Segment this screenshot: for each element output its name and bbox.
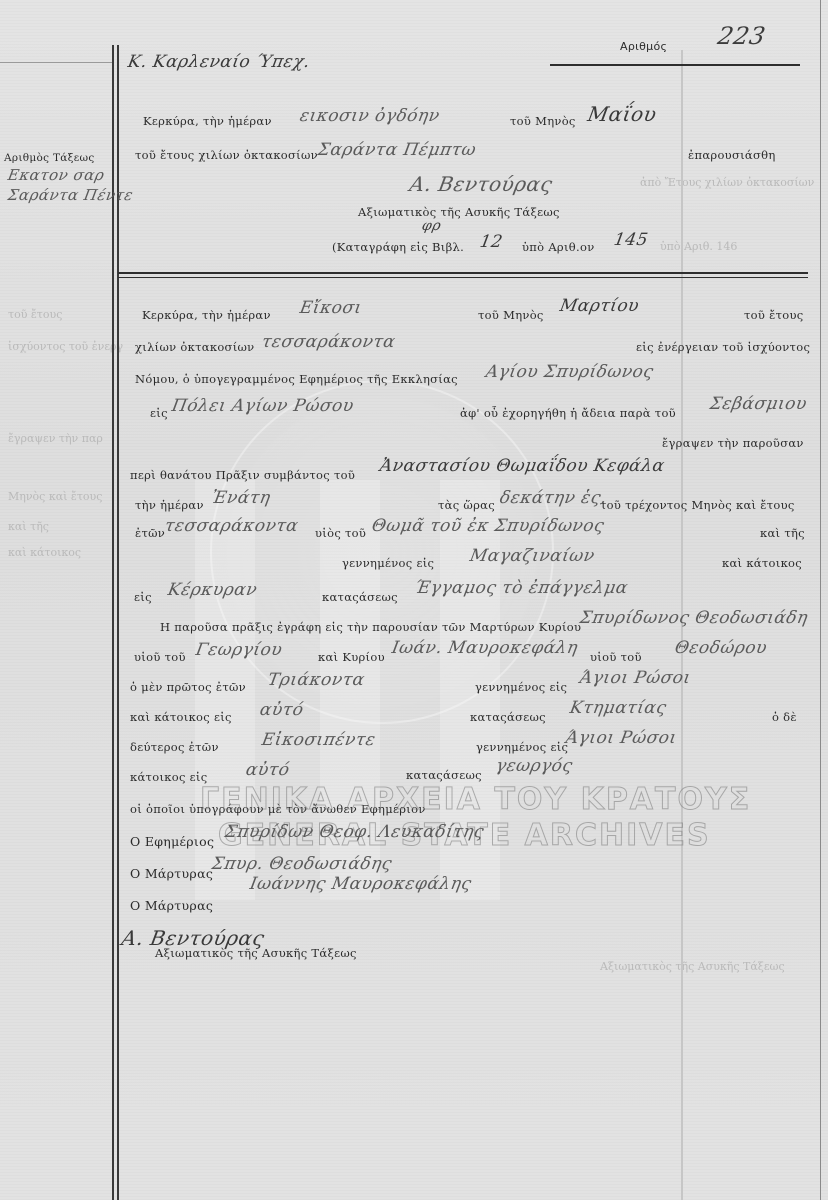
archive-watermark-greek: ΓΕΝΙΚΑ ΑΡΧΕΙΑ ΤΟΥ ΚΡΑΤΟΥΣ [200,782,751,817]
margin-order-label: Αριθμὸς Τάξεως [4,152,95,164]
signature-role-witness-2: Ο Μάρτυρας [130,898,213,913]
body-line-15-age: Εἰκοσιπέντε [260,730,377,750]
registration-number: 145 [612,230,649,250]
body-officer-title: Αξιωματικὸς τῆς Ασυκῆς Τάξεως [155,946,357,960]
body-line-8-printed: ἐτῶν [135,526,165,540]
bleed-through-text: ἔγραψεν τὴν παρ [8,432,103,445]
body-line-5-printed: ἔγραψεν τὴν παροῦσαν [662,436,804,450]
body-line-1-month-label: τοῦ Μηνὸς [478,308,544,322]
margin-order-value-line1: Εκατον σαρ [6,166,106,184]
header-day-value: εικοσιν ὀγδόην [298,106,441,126]
registration-book-number: 12 [478,232,504,252]
bleed-through-text: καὶ τῆς [8,520,49,533]
bleed-through-text: ὑπὸ Αριθ. 146 [660,240,737,253]
body-line-7-hour-label: τὰς ὥρας [438,498,495,512]
signature-witness-1: Σπυρ. Θεοδωσιάδης [210,854,393,874]
body-line-13-printed: ὁ μὲν πρῶτος ἐτῶν [130,680,246,694]
bleed-through-text: ἀπὸ Ἔτους χιλίων ὀκτακοσίων [640,176,814,189]
body-line-8-father: Θωμᾶ τοῦ ἐκ Σπυρίδωνος [370,516,606,536]
body-line-6-deceased: Ἀναστασίου Θωμαΐδου Κεφάλα [378,456,666,476]
body-line-4-place: Πόλει Αγίων Ρώσου [170,396,355,416]
header-presented-label: ἐπαρουσιάσθη [688,148,776,162]
registration-number-label: ὑπὸ Αριθ.ον [522,240,595,254]
header-officer-title: Αξιωματικὸς τῆς Ασυκῆς Τάξεως [358,205,560,219]
body-line-12-witness2-father: Θεοδώρου [673,638,768,658]
section-divider [118,272,808,274]
body-line-2-printed: χιλίων ὀκτακοσίων [135,340,254,354]
signature-priest: Σπυρίδων Θεοφ. Λευκαδίτης [223,822,485,842]
body-line-1-year-label: τοῦ ἔτους [744,308,804,322]
bleed-through-text: τοῦ ἔτους [8,308,62,321]
body-line-6-printed: περὶ θανάτου Πρᾶξιν συμβάντος τοῦ [130,468,355,482]
body-line-16-residence: αὐτό [244,760,291,780]
right-edge-rule [820,0,821,1200]
body-line-4-authority: Σεβάσμιου [708,394,808,414]
body-line-7-current: τοῦ τρέχοντος Μηνὸς καὶ ἔτους [600,498,795,512]
scanned-document-page: ἀπὸ Ἔτους χιλίων ὀκτακοσίων ὑπὸ Αριθ. 14… [0,0,828,1200]
body-line-10-status-label: καταςάσεως [322,590,398,604]
body-line-9-born-label: γεννημένος εἰς [342,556,434,570]
bleed-through-text: ἰσχύοντος τοῦ ἐνεργ [8,340,123,353]
body-line-12-and-mr: καὶ Κυρίου [318,650,385,664]
left-double-rule [112,45,114,1200]
body-line-9-resident: καὶ κάτοικος [722,556,802,570]
initial-mark: φρ [421,218,443,234]
body-line-12-son-of: υἱοῦ τοῦ [590,650,642,664]
body-line-16-status: γεωργός [494,756,574,776]
header-year-value: Σαράντα Πέμπτω [316,140,478,160]
body-line-11-printed: Η παροῦσα πρᾶξις ἐγράφη εἰς τὴν παρουσία… [160,620,581,634]
body-line-1-month: Μαρτίου [558,296,641,316]
body-line-8-age: τεσσαράκοντα [163,516,300,536]
body-line-15-printed: δεύτερος ἐτῶν [130,740,219,754]
body-line-3-church: Αγίου Σπυρίδωνος [484,362,655,382]
body-line-14-other: ὁ δὲ [772,710,797,724]
body-line-13-born-label: γεννημένος εἰς [475,680,567,694]
bleed-through-text: Μηνὸς καὶ ἔτους [8,490,102,503]
body-line-1-printed: Κερκύρα, τὴν ἡμέραν [142,308,271,322]
margin-order-value-line2: Σαράντα Πέντε [6,186,134,204]
signature-witness-2: Ιωάννης Μαυροκεφάλης [248,874,473,894]
body-line-7-printed: τὴν ἡμέραν [135,498,204,512]
record-number: 223 [716,22,768,50]
left-double-rule [117,45,119,1200]
body-line-14-status-label: καταςάσεως [470,710,546,724]
body-line-10-printed: εἰς [134,590,152,604]
body-line-8-son-of: υἱὸς τοῦ [315,526,366,540]
body-line-2-year: τεσσαράκοντα [260,332,397,352]
number-underline [550,64,800,66]
body-line-8-and: καὶ τῆς [760,526,805,540]
body-line-10-status: Έγγαμος τὸ ἐπάγγελμα [413,578,629,598]
body-line-13-age: Τριάκοντα [266,670,366,690]
header-officer-signature: Α. Βεντούρας [408,172,555,196]
body-line-14-status: Κτηματίας [568,698,668,718]
body-line-12-witness2: Ιωάν. Μαυροκεφάλη [390,638,579,658]
body-line-9-birthplace: Μαγαζιναίων [468,546,596,566]
body-line-7-hour: δεκάτην ἑς. [498,488,608,508]
header-month-value: Μαΐου [586,102,659,126]
signature-role-witness-1: Ο Μάρτυρας [130,866,213,881]
body-line-16-printed: κάτοικος εἰς [130,770,207,784]
body-line-4-printed: εἰς [150,406,168,420]
body-line-14-residence: αὐτό [258,700,305,720]
body-line-2-law: εἰς ἐνέργειαν τοῦ ἰσχύοντος [636,340,810,354]
body-line-12-witness1-father: Γεωργίου [194,640,284,660]
body-line-3-printed: Νόμου, ὁ ὑπογεγραμμένος Εφημέριος τῆς Εκ… [135,372,458,386]
bleed-through-text: Αξιωματικὸς τῆς Ασυκῆς Τάξεως [600,960,785,973]
record-number-label: Αριθμός [620,40,667,53]
body-line-14-printed: καὶ κάτοικος εἰς [130,710,232,724]
body-line-16-status-label: καταςάσεως [406,768,482,782]
registration-prefix: (Καταγράφη εἰς Βιβλ. [332,240,464,254]
body-line-7-day: Ἐνάτη [210,488,272,508]
body-line-15-birthplace: Άγιοι Ρώσοι [564,728,678,748]
signature-role-priest: Ο Εφημέριος [130,834,214,849]
bleed-through-text: καὶ κάτοικος [8,546,81,559]
margin-line [0,62,112,63]
body-line-13-birthplace: Άγιοι Ρώσοι [578,668,692,688]
handwritten-title: Κ. Καρλεναίο Ύπεχ. [126,52,311,72]
body-line-1-day: Εἴκοσι [298,298,363,318]
body-line-4-permit: ἀφ' οὗ ἐχορηγήθη ἡ ἄδεια παρὰ τοῦ [460,406,676,420]
body-line-12-printed: υἱοῦ τοῦ [134,650,186,664]
header-line2-prefix: τοῦ ἔτους χιλίων ὀκτακοσίων [135,148,318,162]
body-line-15-born-label: γεννημένος εἰς [476,740,568,754]
header-month-label: τοῦ Μηνὸς [510,114,576,128]
body-line-11-witness1: Σπυρίδωνος Θεοδωσιάδη [578,608,809,628]
body-line-10-residence: Κέρκυραν [166,580,259,600]
section-divider [118,277,808,278]
header-line1-prefix: Κερκύρα, τὴν ἡμέραν [143,114,272,128]
